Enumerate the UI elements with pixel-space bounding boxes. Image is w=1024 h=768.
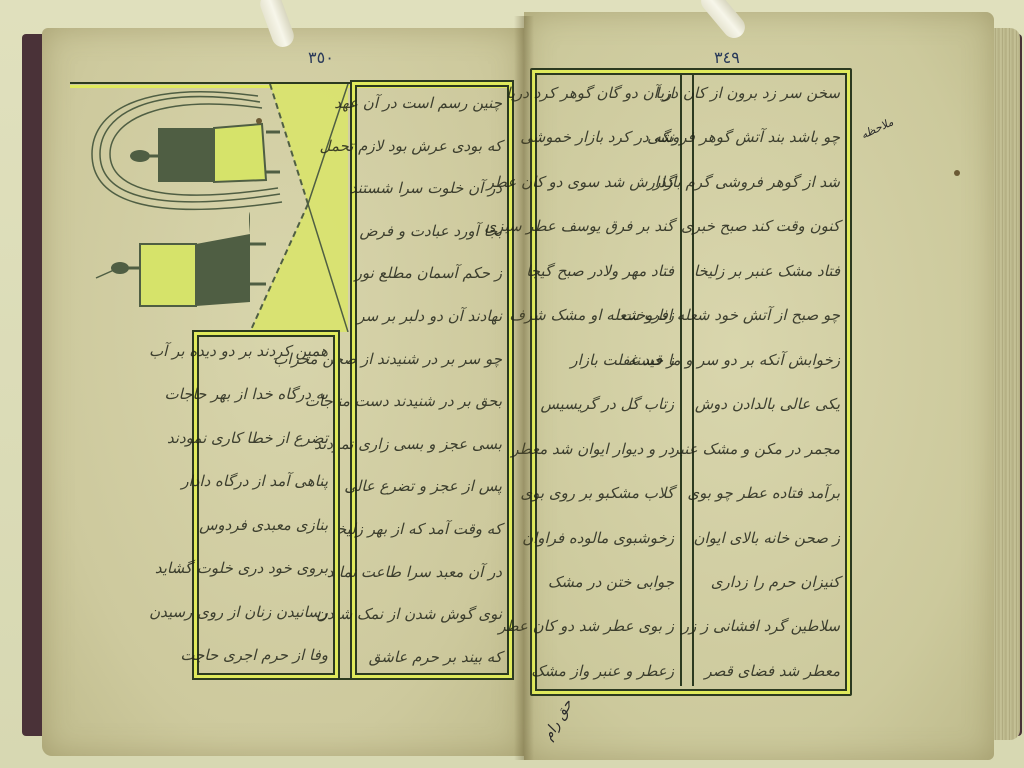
verse-line: برآمد فتاده عطر چو بوی	[687, 484, 840, 502]
verse-line: پناهی آمد از درگاه دادار	[181, 472, 328, 490]
verse-line: سخن سر زد برون از کان دریا	[655, 84, 840, 102]
right-page-column-right: سخن سر زد برون از کان دریا چو باشد بند آ…	[700, 84, 840, 680]
verse-line: سلاطین گرد افشانی ز زر	[682, 617, 840, 635]
verse-line: فتاد مشک عنبر بر زلیخا	[694, 262, 840, 280]
verse-line: وفا از حرم اجری حاجت	[180, 646, 328, 664]
verse-line: مجمر در مکن و مشک عنبر	[671, 440, 840, 458]
right-page: ٣٤٩ از آن دو گان گوهر کرد دریا نگه در کر…	[524, 12, 994, 760]
catchword: حق رام	[540, 697, 576, 743]
verse-line: جوابی ختن در مشک	[548, 573, 674, 591]
page-number-left: ٣٥٠	[308, 48, 334, 67]
book-gutter	[514, 16, 534, 760]
triangle-panel	[250, 84, 348, 332]
verse-line: در آن معبد سرا طاعت نماید	[327, 563, 502, 581]
verse-line: نهادند آن دو دلبر بر سر	[357, 307, 502, 325]
verse-line: ز حکم آسمان مطلع نور	[355, 264, 502, 282]
verse-line: چو باشد بند آتش گوهر فروشی	[647, 128, 840, 146]
stain	[954, 170, 960, 176]
verse-line: رسانیدن زنان از روی رسیدن	[149, 603, 328, 621]
verse-line: که وقت آمد که از بهر زلیخا	[332, 520, 502, 538]
verse-line: فتاد مهر ولادر صبح گیجا	[526, 262, 674, 280]
verse-line: ز صحن خانه بالای ایوان	[693, 529, 840, 547]
verse-line: تضرع از خطا کاری نمودند	[167, 429, 328, 447]
bottom-rule	[192, 678, 510, 680]
verse-line: که بیند بر حرم عاشق	[369, 648, 502, 666]
verse-line: به درگاه خدا از بهر حاجات	[165, 385, 328, 403]
verse-line: چو صبح از آتش خود شعله افروخت	[621, 306, 840, 324]
column-divider	[692, 74, 694, 686]
left-page-column-left: همین کردند بر دو دیده بر آب به درگاه خدا…	[200, 342, 328, 664]
left-page-column-right: چنین رسم است در آن عهد که بودی عرش بود ل…	[360, 94, 502, 666]
verse-line: زخوشبوی مالوده فراوان	[522, 529, 674, 547]
verse-line: زعطر و عنبر واز مشک	[531, 662, 674, 680]
verse-line: چنین رسم است در آن عهد	[334, 94, 502, 112]
verse-line: معطر شد فضای قصر	[704, 662, 840, 680]
verse-line: بروی خود دری خلوت گشاید	[155, 559, 328, 577]
column-divider	[680, 74, 682, 686]
verse-line: بجا آورد عبادت و فرض	[359, 222, 502, 240]
verse-line: نوی گوش شدن از نمک شیدن	[316, 605, 502, 623]
page-number-right: ٣٤٩	[714, 48, 740, 67]
stain	[256, 118, 262, 124]
verse-line: همین کردند بر دو دیده بر آب	[149, 342, 328, 360]
verse-line: کنون وقت کند صبح خبری	[681, 217, 840, 235]
verse-line: زخوابش آنکه بر دو سر و ما حسنه	[628, 351, 840, 369]
verse-line: در و دیوار ایوان شد معطر	[511, 440, 674, 458]
verse-line: بنازی معبدی فردوس	[199, 516, 328, 534]
verse-line: شد از گوهر فروشی گرم بازار	[653, 173, 840, 191]
verse-line: زتاب گل در گریسیس	[541, 395, 674, 413]
left-page: ٣٥٠ چنین رسم است در آن عهد که بودی عر	[42, 28, 524, 756]
verse-line: پس از عجز و تضرع عالی	[344, 477, 502, 495]
verse-line: که بودی عرش بود لازم تحمل	[320, 137, 502, 155]
margin-note: ملاحظه	[859, 115, 895, 141]
verse-line: در آن خلوت سرا شستند	[350, 179, 502, 197]
verse-line: بسی عجز و بسی زاری نمودند	[314, 435, 502, 453]
verse-line: یکی عالی بالدادن دوش	[695, 395, 840, 413]
verse-line: گلاب مشکبو بر روی بوی	[520, 484, 674, 502]
verse-line: گند بر فرق یوسف عطر سبزی	[484, 217, 674, 235]
illustration-figures	[90, 84, 352, 332]
verse-line: کنیزان حرم را زداری	[711, 573, 840, 591]
